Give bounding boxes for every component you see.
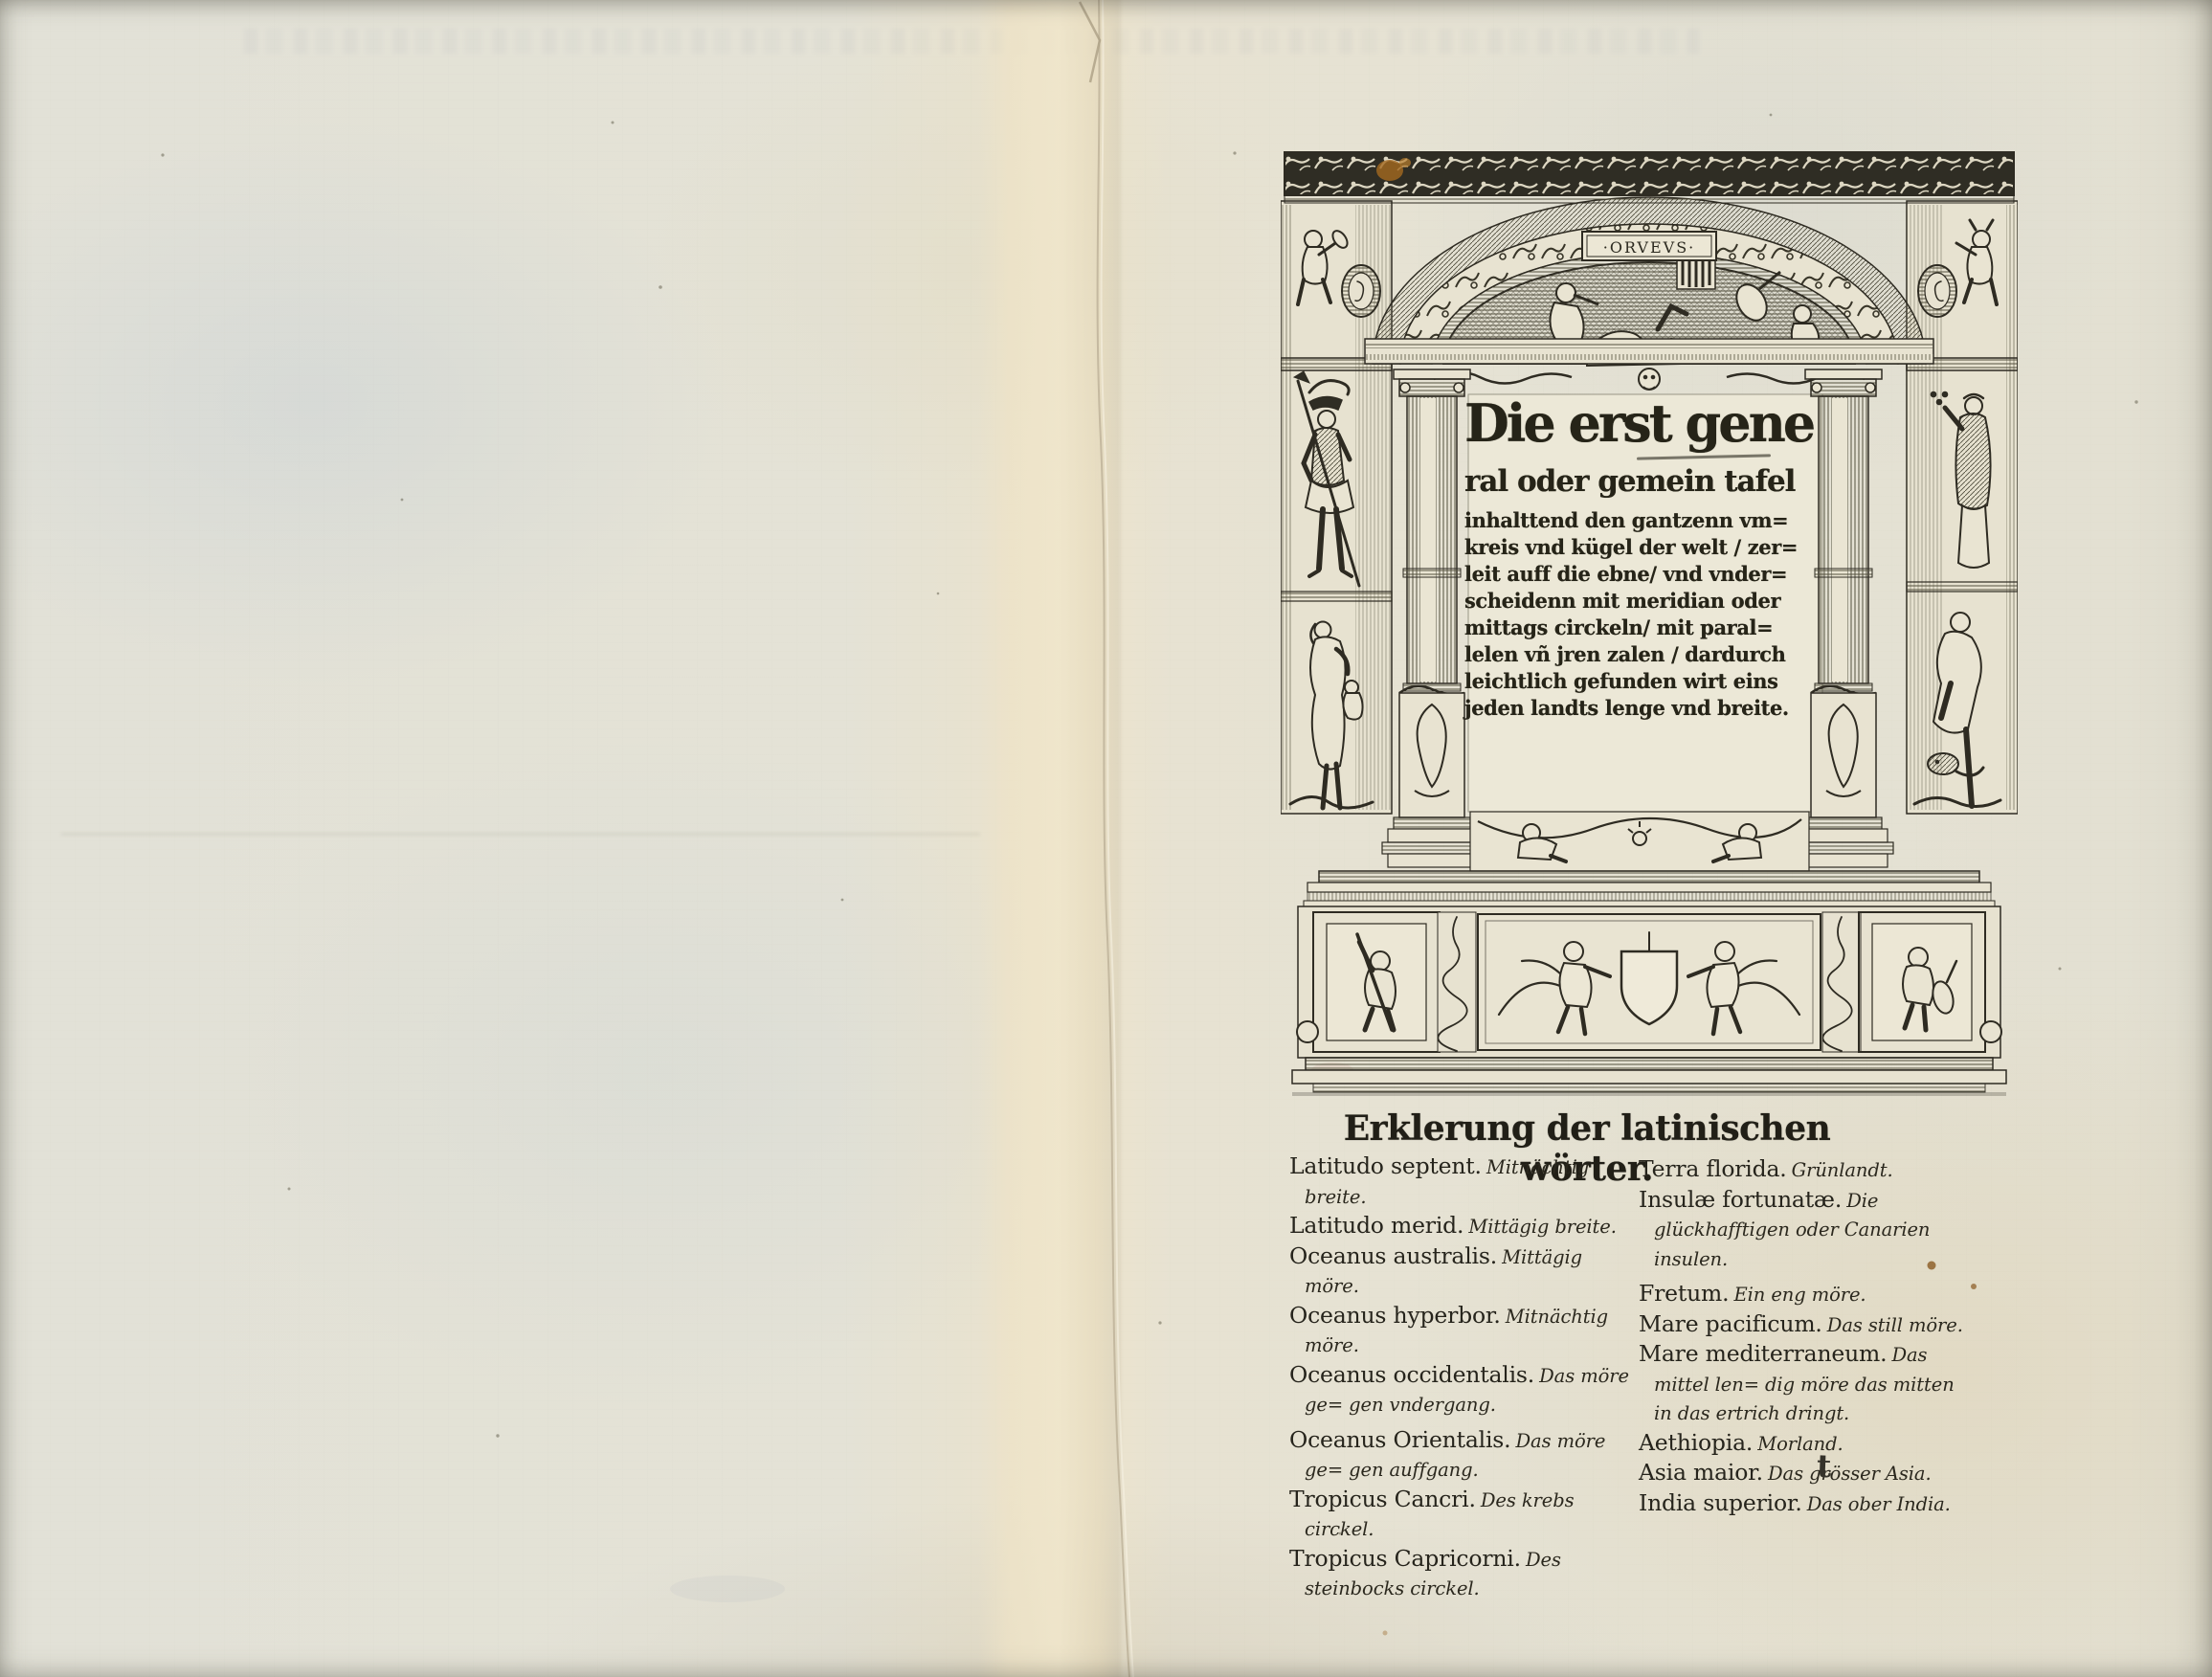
center-fold [978, 0, 1124, 1677]
title-line-7: mittags circkeln/ mit paral= [1464, 615, 1807, 641]
glossary-entry: Tropicus Capricorni. Des steinbocks circ… [1289, 1545, 1642, 1604]
glossary-entry: Latitudo septent. Mitnächtig breite. [1289, 1152, 1642, 1212]
glossary-term: Asia maior. [1639, 1459, 1763, 1486]
glossary-definition: Das grösser Asia. [1768, 1463, 1932, 1485]
glossary-right-column: Terra florida. Grünlandt. Insulæ fortuna… [1639, 1155, 1977, 1519]
title-block: Die erst gene ral oder gemein tafel inha… [1464, 394, 1807, 722]
glossary-definition: Mittägig breite. [1468, 1216, 1616, 1238]
putti-garland-frieze [1470, 812, 1809, 871]
glossary-term: Mare mediterraneum. [1639, 1340, 1887, 1367]
glossary-definition: Grünlandt. [1792, 1159, 1893, 1181]
woodcut-top-frieze [1285, 151, 2014, 203]
title-line-1: Die erst gene [1464, 394, 1807, 452]
glossary-entry: Mare mediterraneum. Das mittel len= dig … [1639, 1340, 1977, 1429]
skull-mask-icon [1639, 369, 1660, 390]
title-line-2: ral oder gemein tafel [1464, 464, 1807, 499]
glossary-term: Oceanus australis. [1289, 1242, 1497, 1269]
title-line-5: leit auff die ebne/ vnd vnder= [1464, 561, 1807, 588]
glossary-entry: Oceanus occidentalis. Das möre ge= gen v… [1289, 1361, 1642, 1420]
woodcut-base [1292, 1058, 2006, 1096]
medallion-right-icon [1918, 265, 1956, 317]
glossary-term: Insulæ fortunatæ. [1639, 1186, 1842, 1213]
glossary-definition: Das ober India. [1807, 1493, 1951, 1515]
glossary-term: Tropicus Capricorni. [1289, 1545, 1521, 1572]
woodcut-right-figures [1907, 201, 2018, 814]
glossary-entry: Terra florida. Grünlandt. [1639, 1155, 1977, 1186]
glossary-entry: India superior. Das ober India. [1639, 1489, 1977, 1520]
title-body: inhalttend den gantzenn vm= kreis vnd kü… [1464, 507, 1807, 722]
glossary-definition: Das still möre. [1827, 1314, 1963, 1336]
signature-mark: t [1816, 1447, 1832, 1486]
glossary-left-column: Latitudo septent. Mitnächtig breite. Lat… [1289, 1152, 1642, 1604]
strapwork-frieze [1434, 369, 1865, 390]
woodcut-cornice [1304, 871, 1995, 906]
glossary-entry: Oceanus Orientalis. Das möre ge= gen auf… [1289, 1426, 1642, 1486]
title-line-10: jeden landts lenge vnd breite. [1464, 695, 1807, 722]
woodcut-lintel [1365, 339, 1933, 364]
fold-highlight [1102, 0, 1133, 1677]
glossary-term: Fretum. [1639, 1280, 1729, 1307]
medallion-left-icon [1342, 265, 1380, 317]
title-line-8: lelen vñ jren zalen / dardurch [1464, 641, 1807, 668]
glossary-entry: Asia maior. Das grösser Asia. [1639, 1459, 1977, 1489]
glossary-term: Latitudo merid. [1289, 1212, 1463, 1239]
book-spread: ·ORVEVS· [0, 0, 2212, 1677]
glossary-term: India superior. [1639, 1489, 1802, 1516]
glossary-entry: Aethiopia. Morland. [1639, 1429, 1977, 1460]
glossary-term: Aethiopia. [1639, 1429, 1753, 1456]
glossary-definition: Ein eng möre. [1733, 1284, 1866, 1306]
rust-stain [1376, 160, 1403, 181]
orpheus-cartouche: ·ORVEVS· [1582, 232, 1716, 260]
glossary-entry: Oceanus australis. Mittägig möre. [1289, 1242, 1642, 1302]
glossary-term: Oceanus Orientalis. [1289, 1426, 1510, 1453]
glossary-term: Oceanus hyperbor. [1289, 1302, 1501, 1329]
ink-flourish [1637, 455, 1771, 460]
glossary-entry: Insulæ fortunatæ. Die glückhafftigen ode… [1639, 1186, 1977, 1275]
glossary-entry: Fretum. Ein eng möre. [1639, 1280, 1977, 1310]
glossary-term: Mare pacificum. [1639, 1310, 1822, 1337]
tear-notch [1080, 2, 1100, 82]
glossary-entry: Latitudo merid. Mittägig breite. [1289, 1212, 1642, 1242]
title-line-6: scheidenn mit meridian oder [1464, 588, 1807, 615]
woodcut-left-figures [1281, 201, 1392, 814]
glossary-term: Tropicus Cancri. [1289, 1486, 1476, 1512]
glossary-term: Oceanus occidentalis. [1289, 1361, 1534, 1388]
glossary-entry: Oceanus hyperbor. Mitnächtig möre. [1289, 1302, 1642, 1361]
glossary-entry: Mare pacificum. Das still möre. [1639, 1310, 1977, 1341]
glossary-term: Latitudo septent. [1289, 1152, 1482, 1179]
woodcut-pedestal [1297, 906, 2001, 1058]
left-page-blank [0, 0, 978, 1677]
cartouche-label: ·ORVEVS· [1603, 238, 1696, 257]
title-line-4: kreis vnd kügel der welt / zer= [1464, 534, 1807, 561]
glossary-term: Terra florida. [1639, 1155, 1787, 1182]
fold-tear-line [1098, 0, 1129, 1677]
glossary-entry: Tropicus Cancri. Des krebs circkel. [1289, 1486, 1642, 1545]
title-line-9: leichtlich gefunden wirt eins [1464, 668, 1807, 695]
title-line-3: inhalttend den gantzenn vm= [1464, 507, 1807, 534]
